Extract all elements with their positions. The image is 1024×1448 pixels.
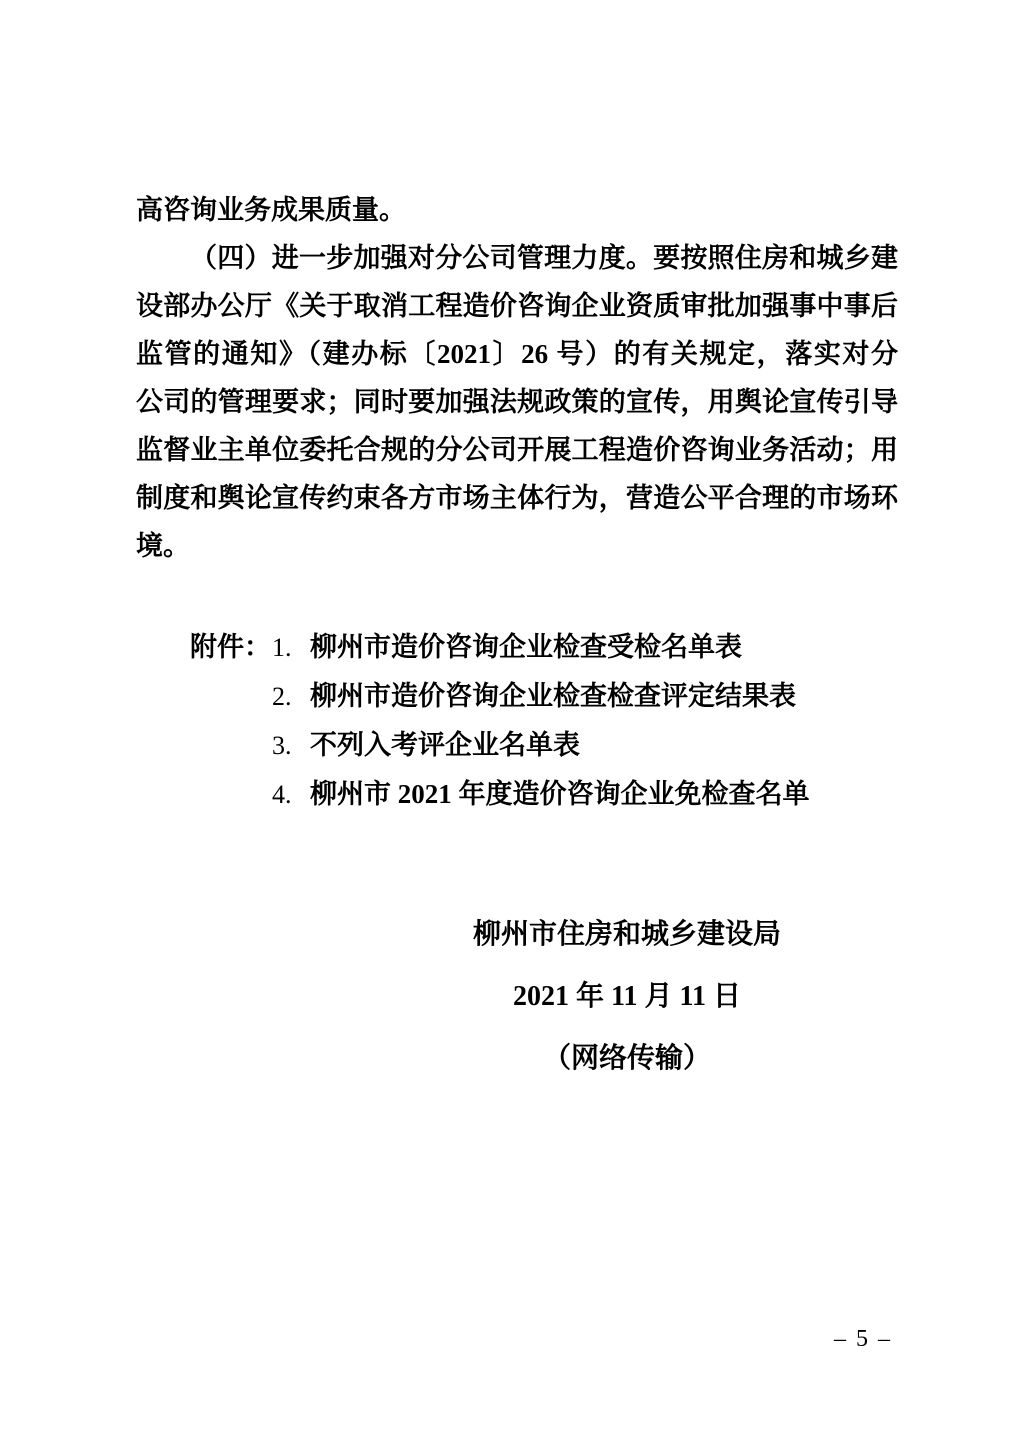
transmission-note: （网络传输）: [356, 1028, 898, 1090]
document-page: 高咨询业务成果质量。 （四）进一步加强对分公司管理力度。要按照住房和城乡建 设部…: [0, 0, 1024, 1448]
issue-date: 2021 年 11 月 11 日: [356, 966, 898, 1028]
page-number: – 5 –: [834, 1324, 892, 1354]
paragraph-four-line-5: 监督业主单位委托合规的分公司开展工程造价咨询业务活动；用: [136, 426, 898, 474]
paragraph-four-line-7: 境。: [136, 522, 898, 570]
paragraph-four-line-1: （四）进一步加强对分公司管理力度。要按照住房和城乡建: [136, 234, 898, 282]
paragraph-continuation-line: 高咨询业务成果质量。: [136, 186, 898, 234]
paragraph-four-line-3: 监管的通知》（建办标〔2021〕26 号）的有关规定，落实对分: [136, 330, 898, 378]
attachment-title-2: 柳州市造价咨询企业检查检查评定结果表: [310, 672, 796, 720]
attachment-title-3: 不列入考评企业名单表: [310, 721, 580, 769]
attachments-label: 附件：: [190, 623, 272, 671]
attachment-item-1: 附件： 1. 柳州市造价咨询企业检查受检名单表: [136, 623, 898, 672]
signature-block: 柳州市住房和城乡建设局 2021 年 11 月 11 日 （网络传输）: [356, 904, 898, 1090]
attachment-number-1: 1.: [272, 624, 310, 672]
attachment-item-3: 3. 不列入考评企业名单表: [136, 721, 898, 770]
attachment-item-4: 4. 柳州市 2021 年度造价咨询企业免检查名单: [136, 770, 898, 819]
document-body: 高咨询业务成果质量。 （四）进一步加强对分公司管理力度。要按照住房和城乡建 设部…: [136, 186, 898, 1090]
issuing-authority: 柳州市住房和城乡建设局: [356, 904, 898, 966]
attachments-block: 附件： 1. 柳州市造价咨询企业检查受检名单表 2. 柳州市造价咨询企业检查检查…: [136, 623, 898, 819]
paragraph-four-line-6: 制度和舆论宣传约束各方市场主体行为，营造公平合理的市场环: [136, 474, 898, 522]
paragraph-four-line-4: 公司的管理要求；同时要加强法规政策的宣传，用舆论宣传引导: [136, 378, 898, 426]
attachment-title-1: 柳州市造价咨询企业检查受检名单表: [310, 623, 742, 671]
attachment-number-2: 2.: [272, 673, 310, 721]
attachment-item-2: 2. 柳州市造价咨询企业检查检查评定结果表: [136, 672, 898, 721]
attachment-number-4: 4.: [272, 771, 310, 819]
attachment-title-4: 柳州市 2021 年度造价咨询企业免检查名单: [310, 770, 810, 818]
paragraph-four-line-2: 设部办公厅《关于取消工程造价咨询企业资质审批加强事中事后: [136, 282, 898, 330]
attachment-number-3: 3.: [272, 722, 310, 770]
